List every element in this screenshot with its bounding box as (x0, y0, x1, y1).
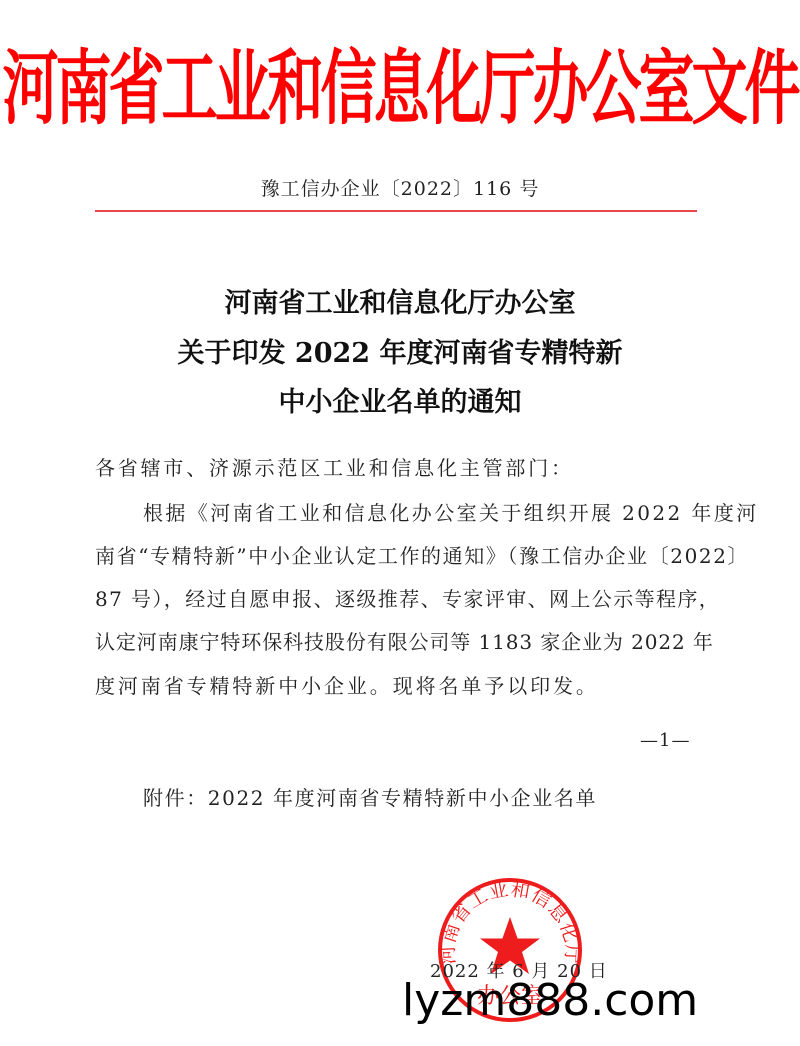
notice-title-line-3: 中小企业名单的通知 (0, 380, 800, 419)
body-line-1: 根据《河南省工业和信息化办公室关于组织开展 2022 年度河 (143, 497, 703, 526)
body-line-4: 认定河南康宁特环保科技股份有限公司等 1183 家企业为 2022 年 (95, 626, 705, 655)
salutation: 各省辖市、济源示范区工业和信息化主管部门： (95, 452, 705, 481)
body-line-3: 87 号），经过自愿申报、逐级推荐、专家评审、网上公示等程序， (95, 583, 705, 612)
attachment-line: 附件：2022 年度河南省专精特新中小企业名单 (143, 782, 597, 811)
masthead-title: 河南省工业和信息化厅办公室文件 (0, 18, 800, 163)
document-number: 豫工信办企业〔2022〕116 号 (0, 174, 800, 201)
notice-title-line-1: 河南省工业和信息化厅办公室 (0, 281, 800, 320)
page-number: —1— (640, 730, 690, 751)
body-line-5: 度河南省专精特新中小企业。现将名单予以印发。 (95, 670, 705, 699)
red-divider-line (95, 210, 697, 212)
notice-title-line-2: 关于印发 2022 年度河南省专精特新 (0, 331, 800, 370)
body-line-2: 南省“专精特新”中小企业认定工作的通知》（豫工信办企业〔2022〕 (95, 540, 705, 569)
watermark-text: lyzm888.com (402, 975, 698, 1026)
